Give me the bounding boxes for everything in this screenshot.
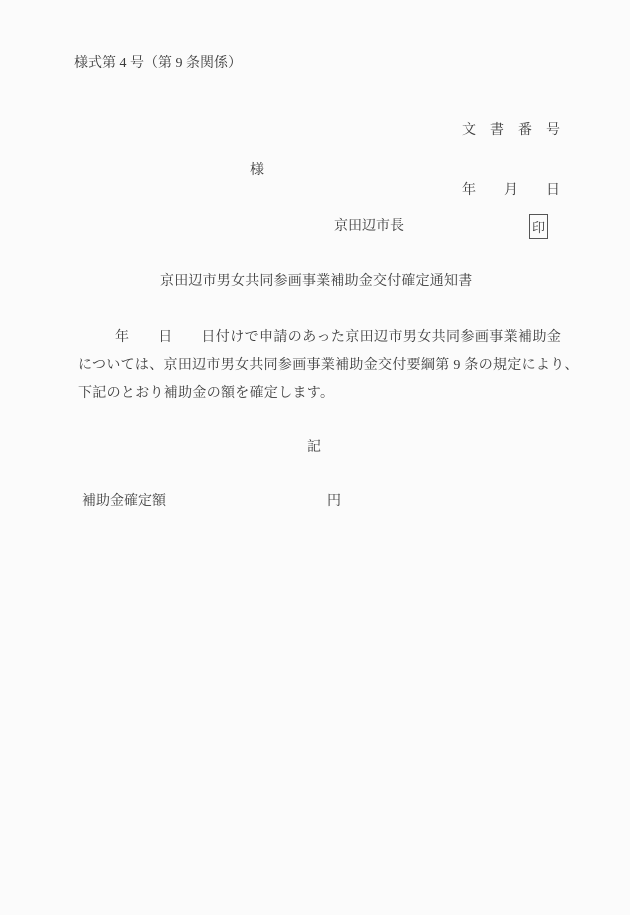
body-line: については、京田辺市男女共同参画事業補助金交付要綱第 9 条の規定により、 xyxy=(78,358,579,375)
addressee-honorific: 様 xyxy=(250,163,264,180)
doc-number-line: 文 書 番 号 xyxy=(462,117,560,144)
sender-title: 京田辺市長 xyxy=(334,219,404,236)
body-line: 年 日 日付けで申請のあった京田辺市男女共同参画事業補助金 xyxy=(115,330,561,347)
date-line: 年 月 日 xyxy=(462,177,560,204)
amount-label: 補助金確定額 xyxy=(82,494,166,511)
seal-label: 印 xyxy=(532,217,545,236)
form-number: 様式第 4 号（第 9 条関係） xyxy=(74,56,242,73)
document-page: 様式第 4 号（第 9 条関係） 文 書 番 号 年 月 日 様 京田辺市長 印… xyxy=(0,0,630,915)
record-marker: 記 xyxy=(307,440,321,457)
amount-unit: 円 xyxy=(327,494,341,511)
document-title: 京田辺市男女共同参画事業補助金交付確定通知書 xyxy=(160,274,472,291)
body-line: 下記のとおり補助金の額を確定します。 xyxy=(78,386,334,403)
seal-box: 印 xyxy=(529,214,548,239)
